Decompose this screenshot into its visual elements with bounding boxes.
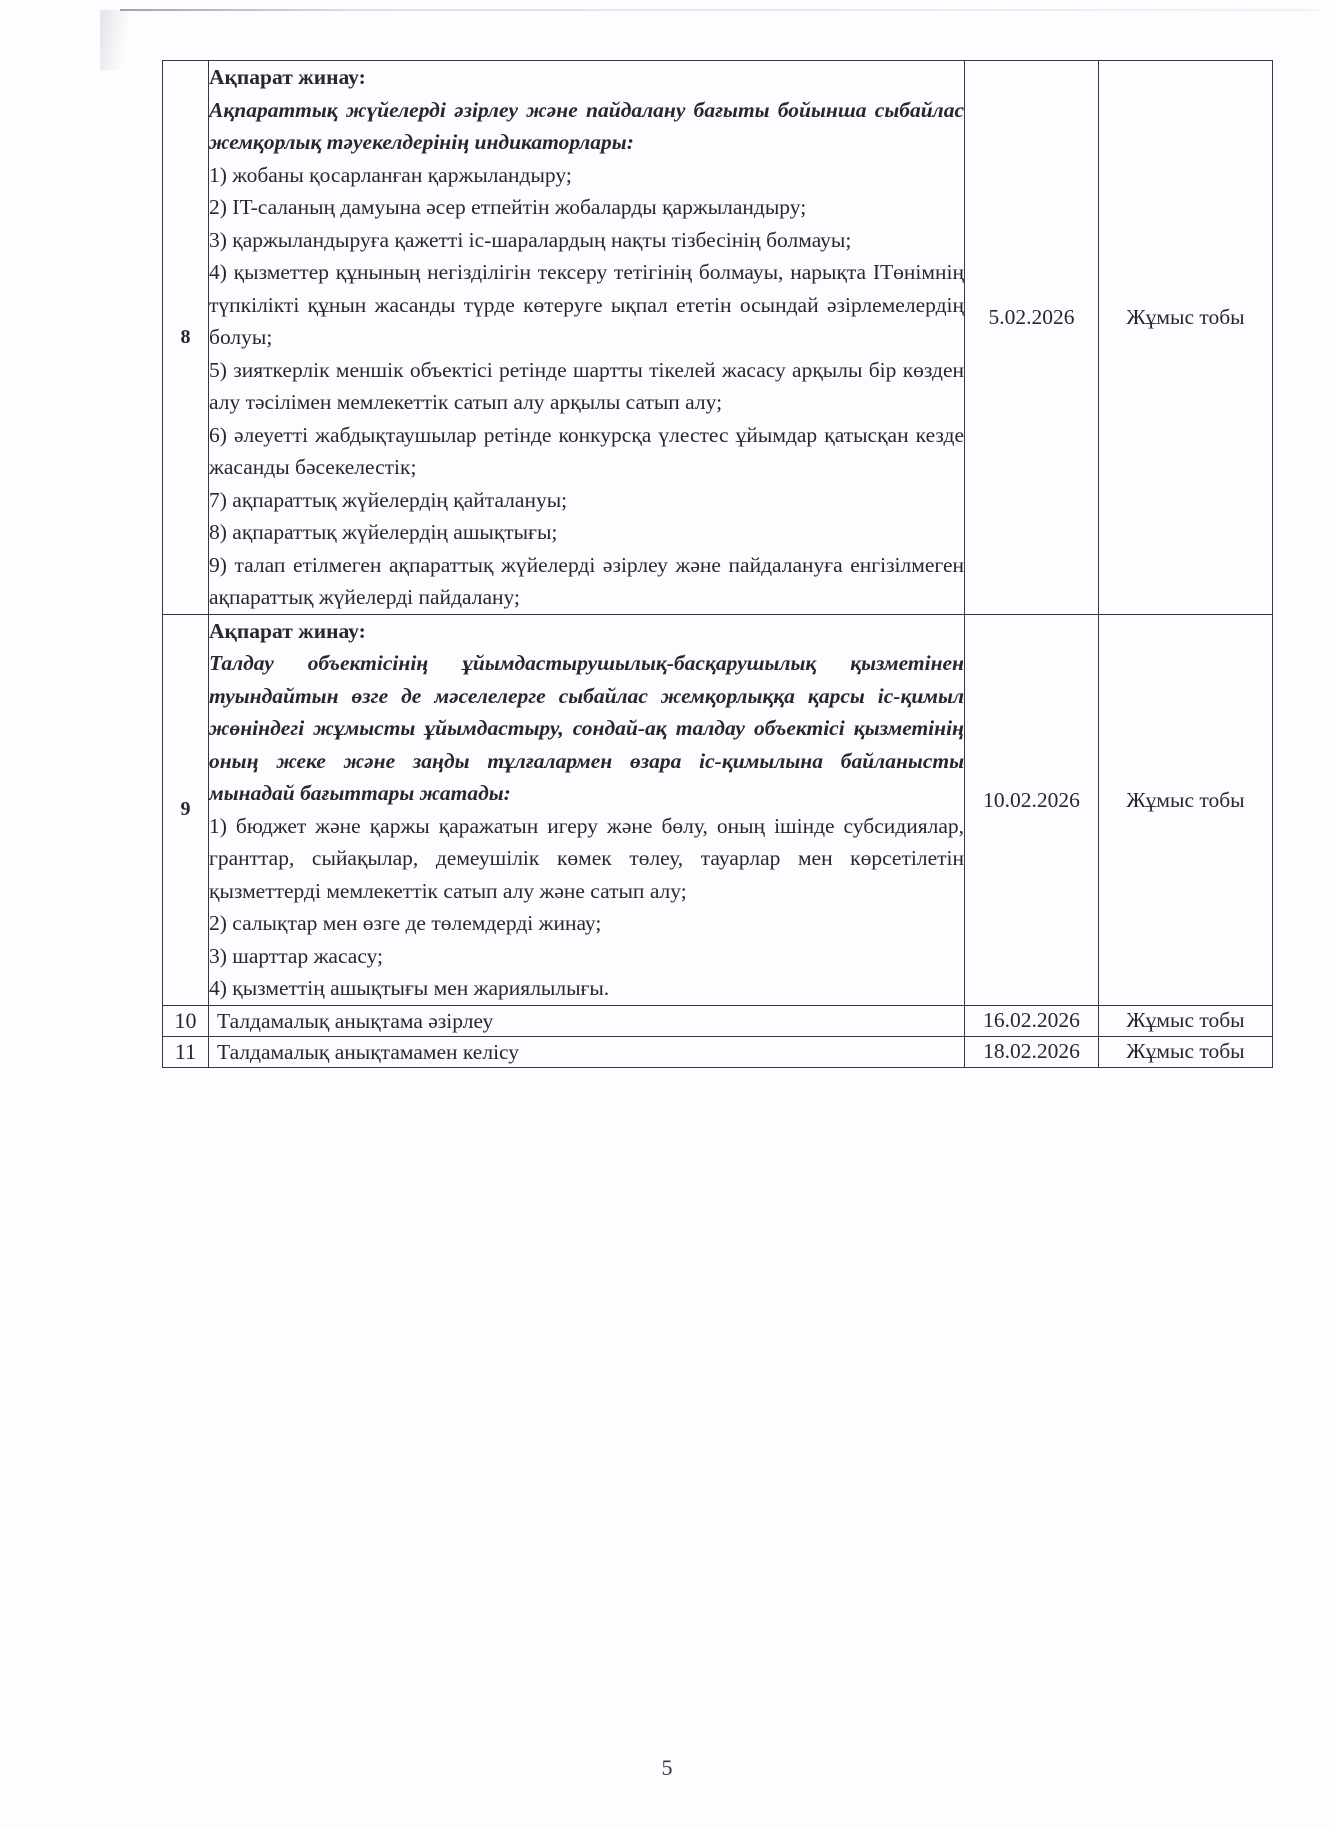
list-item: 3) қаржыландыруға қажетті іс-шаралардың … bbox=[209, 224, 964, 257]
scan-edge-line bbox=[120, 9, 1320, 11]
responsible-party: Жұмыс тобы bbox=[1099, 1036, 1273, 1067]
deadline-date: 16.02.2026 bbox=[965, 1005, 1099, 1036]
row-content: Талдамалық анықтама әзірлеу bbox=[209, 1005, 965, 1036]
list-item: 6) әлеуетті жабдықтаушылар ретінде конку… bbox=[209, 419, 964, 484]
row-number: 9 bbox=[163, 614, 209, 1005]
row-number: 10 bbox=[163, 1005, 209, 1036]
table-row: 8 Ақпарат жинау: Ақпараттық жүйелерді әз… bbox=[163, 61, 1273, 615]
list-item: 3) шарттар жасасу; bbox=[209, 940, 964, 973]
responsible-party: Жұмыс тобы bbox=[1099, 614, 1273, 1005]
row-number: 11 bbox=[163, 1036, 209, 1067]
scan-corner-shadow bbox=[100, 10, 130, 70]
responsible-party: Жұмыс тобы bbox=[1099, 1005, 1273, 1036]
page-number: 5 bbox=[0, 1755, 1334, 1781]
table-row: 9 Ақпарат жинау: Талдау объектісінің ұйы… bbox=[163, 614, 1273, 1005]
row-subheading: Ақпараттық жүйелерді әзірлеу және пайдал… bbox=[209, 94, 964, 159]
row-number: 8 bbox=[163, 61, 209, 615]
list-item: 5) зияткерлік меншік объектісі ретінде ш… bbox=[209, 354, 964, 419]
list-item: 8) ақпараттық жүйелердің ашықтығы; bbox=[209, 516, 964, 549]
table-row: 10 Талдамалық анықтама әзірлеу 16.02.202… bbox=[163, 1005, 1273, 1036]
deadline-date: 18.02.2026 bbox=[965, 1036, 1099, 1067]
row-heading: Ақпарат жинау: bbox=[209, 615, 964, 648]
deadline-date: 10.02.2026 bbox=[965, 614, 1099, 1005]
table-row: 11 Талдамалық анықтамамен келісу 18.02.2… bbox=[163, 1036, 1273, 1067]
action-plan-table: 8 Ақпарат жинау: Ақпараттық жүйелерді әз… bbox=[162, 60, 1273, 1068]
list-item: 7) ақпараттық жүйелердің қайталануы; bbox=[209, 484, 964, 517]
list-item: 9) талап етілмеген ақпараттық жүйелерді … bbox=[209, 549, 964, 614]
deadline-date: 5.02.2026 bbox=[965, 61, 1099, 615]
list-item: 2) IT-саланың дамуына әсер етпейтін жоба… bbox=[209, 191, 964, 224]
row-content: Ақпарат жинау: Ақпараттық жүйелерді әзір… bbox=[209, 61, 965, 615]
responsible-party: Жұмыс тобы bbox=[1099, 61, 1273, 615]
list-item: 1) бюджет және қаржы қаражатын игеру жән… bbox=[209, 810, 964, 908]
row-content: Ақпарат жинау: Талдау объектісінің ұйымд… bbox=[209, 614, 965, 1005]
list-item: 1) жобаны қосарланған қаржыландыру; bbox=[209, 159, 964, 192]
row-heading: Ақпарат жинау: bbox=[209, 61, 964, 94]
list-item: 4) қызметтер құнының негізділігін тексер… bbox=[209, 256, 964, 354]
list-item: 4) қызметтің ашықтығы мен жариялылығы. bbox=[209, 972, 964, 1005]
row-content: Талдамалық анықтамамен келісу bbox=[209, 1036, 965, 1067]
list-item: 2) салықтар мен өзге де төлемдерді жинау… bbox=[209, 907, 964, 940]
row-subheading: Талдау объектісінің ұйымдастырушылық-бас… bbox=[209, 647, 964, 810]
